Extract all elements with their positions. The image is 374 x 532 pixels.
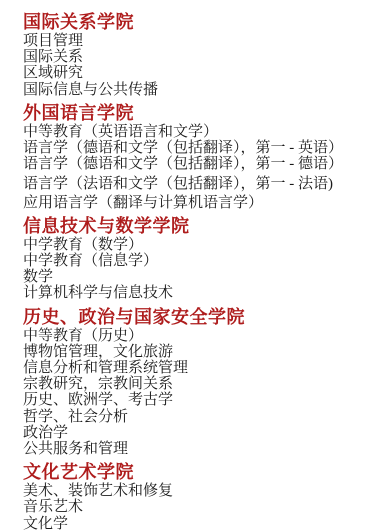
program-item: 公共服务和管理	[23, 441, 366, 457]
program-item: 国际信息与公共传播	[23, 82, 366, 98]
program-item: 中学教育（数学）	[23, 237, 366, 253]
program-item: 宗教研究，宗教间关系	[23, 376, 366, 392]
college-program-list: 国际关系学院 项目管理 国际关系 区域研究 国际信息与公共传播 外国语言学院 中…	[0, 0, 374, 532]
section-it-mathematics: 信息技术与数学学院 中学教育（数学） 中学教育（信息学） 数学 计算机科学与信息…	[23, 217, 366, 302]
program-item: 信息分析和管理系统管理	[23, 360, 366, 376]
college-title: 国际关系学院	[23, 13, 366, 32]
section-foreign-languages: 外国语言学院 中等教育（英语语言和文学） 语言学（德语和文学（包括翻译），第一 …	[23, 104, 366, 211]
section-international-relations: 国际关系学院 项目管理 国际关系 区域研究 国际信息与公共传播	[23, 13, 366, 98]
program-item: 政治学	[23, 425, 366, 441]
program-item: 中等教育（历史）	[23, 328, 366, 344]
program-item: 文化学	[23, 516, 366, 532]
program-item: 语言学（德语和文学（包括翻译），第一 - 德语）	[23, 156, 366, 172]
section-culture-arts: 文化艺术学院 美术、装饰艺术和修复 音乐艺术 文化学	[23, 463, 366, 532]
college-title: 文化艺术学院	[23, 463, 366, 482]
program-item: 语言学（德语和文学（包括翻译），第一 - 英语）	[23, 140, 366, 156]
program-item: 语言学（法语和文学（包括翻译），第一 - 法语)	[23, 176, 366, 192]
program-item: 音乐艺术	[23, 499, 366, 515]
section-history-politics-security: 历史、政治与国家安全学院 中等教育（历史） 博物馆管理，文化旅游 信息分析和管理…	[23, 308, 366, 458]
program-item: 数学	[23, 269, 366, 285]
program-item: 历史、欧洲学、考古学	[23, 392, 366, 408]
program-item: 计算机科学与信息技术	[23, 285, 366, 301]
program-item: 国际关系	[23, 49, 366, 65]
program-item: 区域研究	[23, 65, 366, 81]
program-item: 应用语言学（翻译与计算机语言学）	[23, 195, 366, 211]
program-item: 哲学、社会分析	[23, 409, 366, 425]
program-item: 美术、装饰艺术和修复	[23, 483, 366, 499]
program-item: 中学教育（信息学）	[23, 253, 366, 269]
college-title: 外国语言学院	[23, 104, 366, 123]
program-item: 项目管理	[23, 33, 366, 49]
program-item: 博物馆管理，文化旅游	[23, 344, 366, 360]
college-title: 历史、政治与国家安全学院	[23, 308, 366, 327]
college-title: 信息技术与数学学院	[23, 217, 366, 236]
program-item: 中等教育（英语语言和文学）	[23, 124, 366, 140]
